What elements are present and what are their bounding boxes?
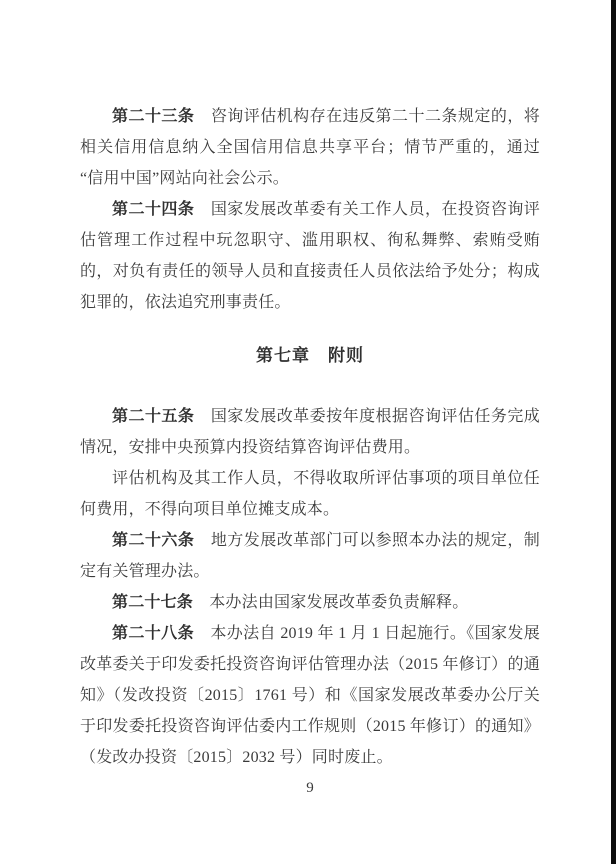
clause-number: 第二十六条 bbox=[112, 532, 194, 549]
clause-paragraph: 评估机构及其工作人员，不得收取所评估事项的项目单位任何费用，不得向项目单位摊支成… bbox=[80, 463, 540, 525]
clause-number: 第二十七条 bbox=[112, 594, 193, 611]
clause-number: 第二十三条 bbox=[112, 108, 194, 125]
clause-paragraph: 第二十三条 咨询评估机构存在违反第二十二条规定的，将相关信用信息纳入全国信用信息… bbox=[80, 101, 540, 194]
clause-text: 本办法由国家发展改革委负责解释。 bbox=[193, 594, 468, 611]
document-page: 第二十三条 咨询评估机构存在违反第二十二条规定的，将相关信用信息纳入全国信用信息… bbox=[0, 0, 616, 864]
clause-text: 本办法自 2019 年 1 月 1 日起施行。《国家发展改革委关于印发委托投资咨… bbox=[80, 625, 540, 766]
clause-paragraph: 第二十四条 国家发展改革委有关工作人员，在投资咨询评估管理工作过程中玩忽职守、滥… bbox=[80, 194, 540, 318]
page-number: 9 bbox=[80, 778, 540, 798]
clause-paragraph: 第二十六条 地方发展改革部门可以参照本办法的规定，制定有关管理办法。 bbox=[80, 525, 540, 587]
clause-number: 第二十八条 bbox=[112, 625, 194, 642]
document-content: 第二十三条 咨询评估机构存在违反第二十二条规定的，将相关信用信息纳入全国信用信息… bbox=[80, 101, 540, 798]
clause-paragraph: 第二十八条 本办法自 2019 年 1 月 1 日起施行。《国家发展改革委关于印… bbox=[80, 618, 540, 773]
clause-number: 第二十四条 bbox=[112, 201, 194, 218]
clause-paragraph: 第二十七条 本办法由国家发展改革委负责解释。 bbox=[80, 587, 540, 618]
clause-number: 第二十五条 bbox=[112, 408, 194, 425]
chapter-heading: 第七章 附则 bbox=[80, 340, 540, 371]
clause-paragraph: 第二十五条 国家发展改革委按年度根据咨询评估任务完成情况，安排中央预算内投资结算… bbox=[80, 401, 540, 463]
clause-text: 评估机构及其工作人员，不得收取所评估事项的项目单位任何费用，不得向项目单位摊支成… bbox=[80, 470, 540, 518]
scan-edge-bar bbox=[611, 0, 616, 864]
